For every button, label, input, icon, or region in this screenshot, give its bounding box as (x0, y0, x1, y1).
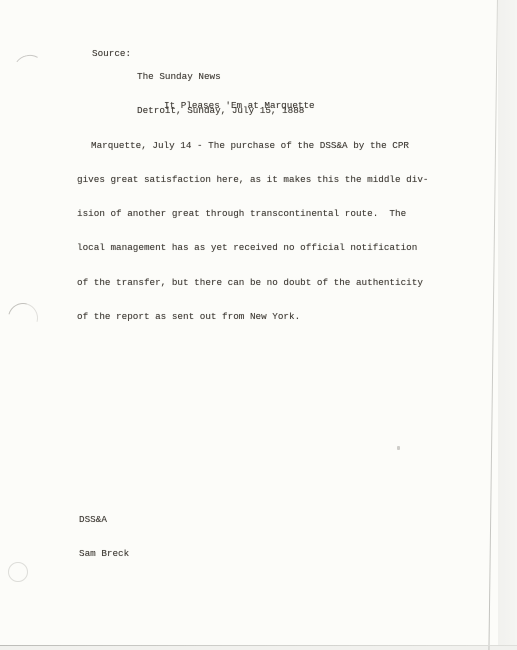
scan-arc-mark-top (12, 52, 47, 84)
scan-ring-mark-bottom (8, 562, 28, 582)
body-line: local management has as yet received no … (77, 242, 428, 253)
article-headline: It Pleases 'Em at Marquette (164, 100, 315, 111)
body-line: ision of another great through transcont… (77, 208, 428, 219)
page-bottom-edge (0, 645, 517, 646)
scanned-document-page: Source: The Sunday News Detroit, Sunday,… (0, 0, 517, 650)
page-right-edge (488, 0, 498, 650)
footer-notation: DSS&A Sam Breck (79, 491, 129, 582)
page-bottom-offpage-area (0, 646, 517, 650)
article-body: Marquette, July 14 - The purchase of the… (77, 117, 428, 345)
source-label: Source: (92, 48, 131, 59)
footer-subject: DSS&A (79, 514, 129, 525)
scan-arc-mark-middle (3, 298, 44, 339)
source-publication: The Sunday News (137, 71, 304, 82)
page-right-offpage-area (498, 0, 517, 650)
body-line: Marquette, July 14 - The purchase of the… (77, 140, 428, 151)
body-line: of the transfer, but there can be no dou… (77, 277, 428, 288)
scan-speck-mark (397, 446, 400, 450)
footer-author: Sam Breck (79, 548, 129, 559)
body-line: gives great satisfaction here, as it mak… (77, 174, 428, 185)
body-line: of the report as sent out from New York. (77, 311, 428, 322)
